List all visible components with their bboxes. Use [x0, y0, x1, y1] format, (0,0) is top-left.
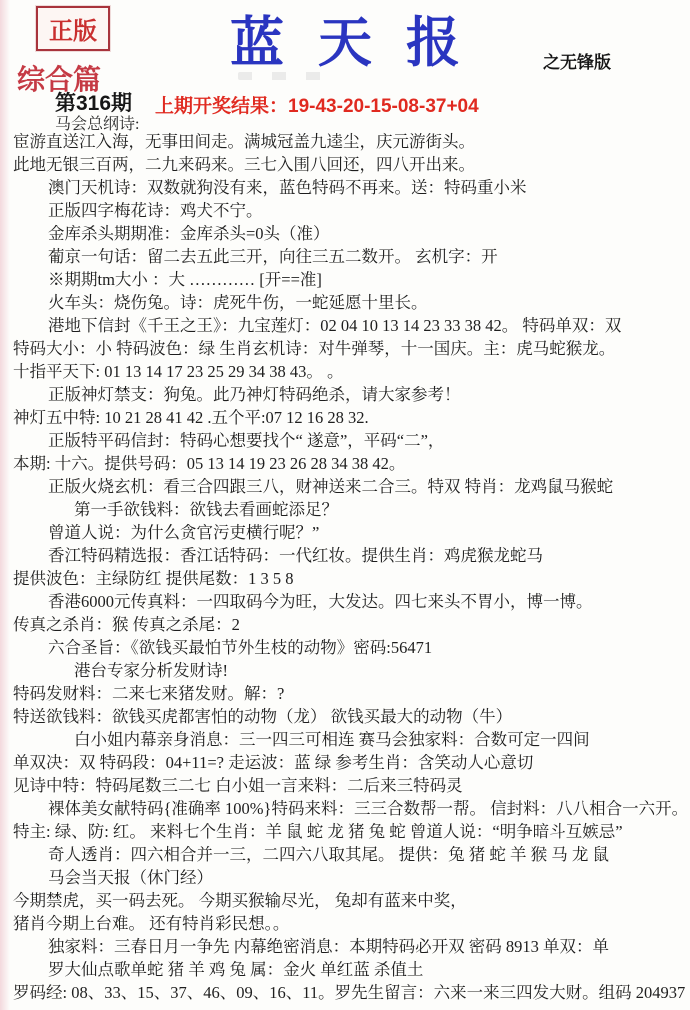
text-line: 宦游直送江入海，无事田间走。满城冠盖九逵尘，庆元游街头。 — [0, 130, 690, 153]
text-line: 罗大仙点歌单蛇 猪 羊 鸡 兔 属：金火 单红蓝 杀值土 — [0, 958, 690, 981]
body-lines: 宦游直送江入海，无事田间走。满城冠盖九逵尘，庆元游街头。此地无银三百两，二九来码… — [0, 130, 690, 1004]
text-line: 独家料：三春日月一争先 内幕绝密消息：本期特码必开双 密码 8913 单双：单 — [0, 935, 690, 958]
text-line: 正版火烧玄机：看三合四跟三八，财神送来二合三。特双 特肖：龙鸡鼠马猴蛇 — [0, 475, 690, 498]
text-line: 神灯五中特: 10 21 28 41 42 .五个平:07 12 16 28 3… — [0, 406, 690, 429]
scan-smudge — [238, 72, 328, 80]
text-line: 正版四字梅花诗：鸡犬不宁。 — [0, 199, 690, 222]
text-line: 此地无银三百两，二九来码来。三七入围八回还，四八开出来。 — [0, 153, 690, 176]
text-line: 见诗中特：特码尾数三二七 白小姐一言来料：二后来三特码灵 — [0, 774, 690, 797]
text-line: 奇人透肖：四六相合并一三，二四六八取其尾。 提供：兔 猪 蛇 羊 猴 马 龙 鼠 — [0, 843, 690, 866]
text-line: 六合圣旨：《欲钱买最怕节外生枝的动物》密码:56471 — [0, 636, 690, 659]
last-draw-result-label: 上期开奖结果： — [155, 96, 288, 117]
text-line: 澳门天机诗：双数就狗没有来，蓝色特码不再来。送：特码重小米 — [0, 176, 690, 199]
text-line: 第一手欲钱料：欲钱去看画蛇添足？ — [0, 498, 690, 521]
edition-label: 之无锋版 — [543, 48, 611, 73]
text-line: 香港6000元传真料：一四取码今为旺，大发达。四七来头不胃小，博一博。 — [0, 590, 690, 613]
text-line: 本期: 十六。提供号码：05 13 14 19 23 26 28 34 38 4… — [0, 452, 690, 475]
text-line: 曾道人说：为什么贪官污吏横行呢？” — [0, 521, 690, 544]
text-line: 马会当天报（休门经） — [0, 866, 690, 889]
text-line: 葡京一句话：留二去五此三开，向往三五二数开。 玄机字：开 — [0, 245, 690, 268]
text-line: 港台专家分析发财诗! — [0, 659, 690, 682]
text-line: 白小姐内幕亲身消息：三一四三可相连 赛马会独家料：合数可定一四间 — [0, 728, 690, 751]
text-line: 今期禁虎，买一码去死。 今期买猴输尽光， 兔却有蓝来中奖， — [0, 889, 690, 912]
text-line: 提供波色：主绿防红 提供尾数：1 3 5 8 — [0, 567, 690, 590]
text-line: ※期期tm大小 ：大 ………… [开==准] — [0, 268, 690, 291]
last-draw-result-numbers: 19-43-20-15-08-37+04 — [288, 96, 479, 117]
text-line: 特主: 绿、防: 红。 来料七个生肖：羊 鼠 蛇 龙 猪 兔 蛇 曾道人说：“明… — [0, 820, 690, 843]
newspaper-page: 正版 蓝天报 之无锋版 综合篇 第316期 上期开奖结果：19-43-20-15… — [0, 0, 690, 1010]
text-line: 猪肖今期上台难。 还有特肖彩民想。。 — [0, 912, 690, 935]
text-line: 火车头：烧伤兔。诗：虎死牛伤，一蛇延愿十里长。 — [0, 291, 690, 314]
last-draw-result: 上期开奖结果：19-43-20-15-08-37+04 — [155, 91, 479, 118]
text-line: 传真之杀肖：猴 传真之杀尾：2 — [0, 613, 690, 636]
text-line: 正版特平码信封：特码心想要找个“ 遂意”，平码“二”， — [0, 429, 690, 452]
text-line: 十指平天下: 01 13 14 17 23 25 29 34 38 43。 。 — [0, 360, 690, 383]
text-line: 特码大小：小 特码波色：绿 生肖玄机诗：对牛弹琴，十一国庆。主：虎马蛇猴龙。 — [0, 337, 690, 360]
text-line: 特送欲钱料：欲钱买虎都害怕的动物（龙） 欲钱买最大的动物（牛） — [0, 705, 690, 728]
text-line: 罗码经: 08、33、15、37、46、09、16、11。罗先生留言：六来一来三… — [0, 981, 690, 1004]
text-line: 特码发财料：二来七来猪发财。解：? — [0, 682, 690, 705]
text-line: 单双决：双 特码段：04+11=? 走运波：蓝 绿 参考生肖：含笑动人心意切 — [0, 751, 690, 774]
text-line: 香江特码精选报：香江话特码：一代红妆。提供生肖：鸡虎猴龙蛇马 — [0, 544, 690, 567]
text-line: 港地下信封《千王之王》：九宝莲灯：02 04 10 13 14 23 33 38… — [0, 314, 690, 337]
text-line: 正版神灯禁支：狗兔。此乃神灯特码绝杀，请大家参考！ — [0, 383, 690, 406]
text-line: 金库杀头期期准：金库杀头=0头（准） — [0, 222, 690, 245]
text-line: 裸体美女献特码{准确率 100%}特码来料：三三合数帮一帮。 信封料：八八相合一… — [0, 797, 690, 820]
